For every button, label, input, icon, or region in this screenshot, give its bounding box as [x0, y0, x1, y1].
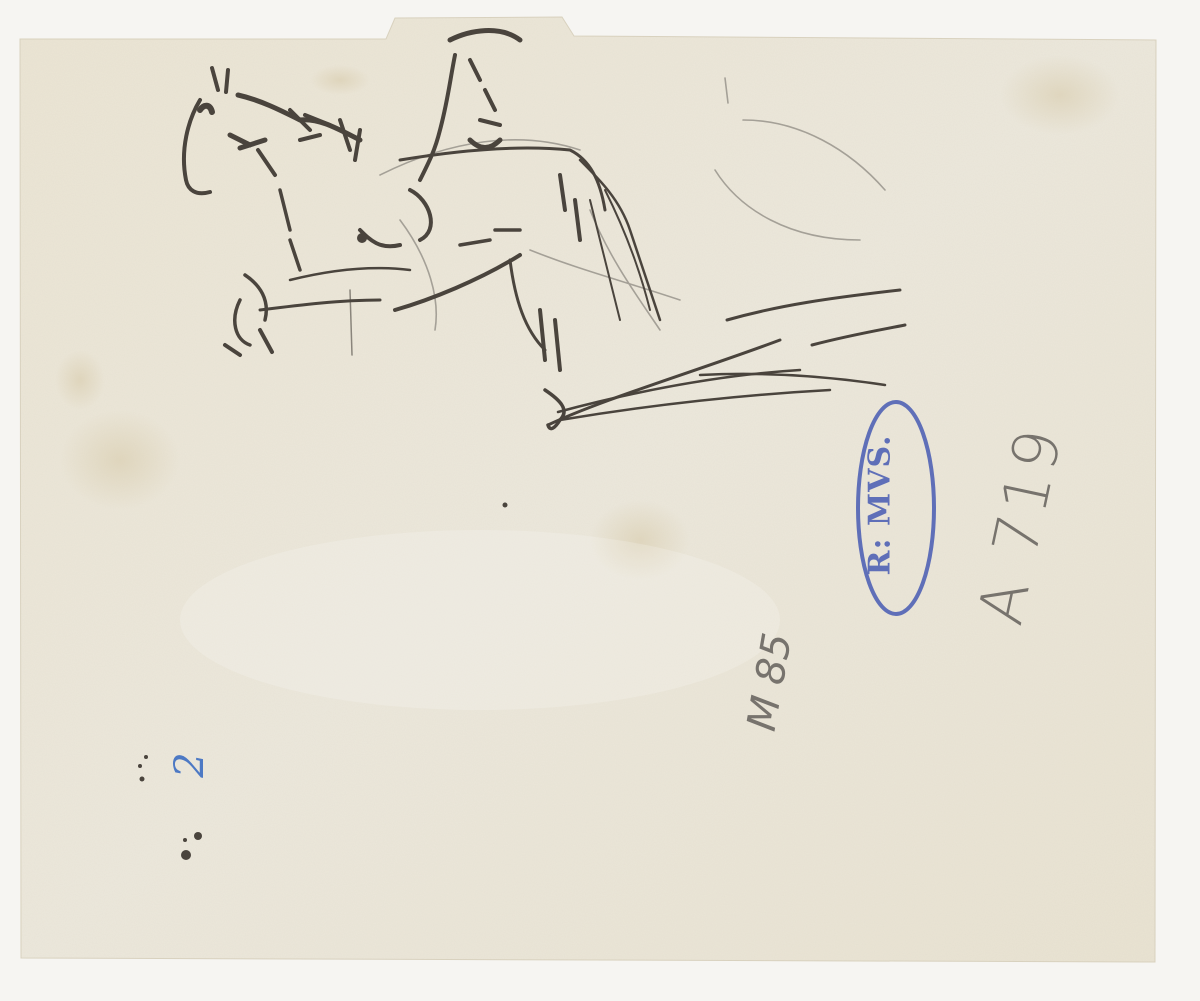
- blue-number: 2: [167, 752, 213, 777]
- stamp-text: R: MVS.: [863, 435, 898, 576]
